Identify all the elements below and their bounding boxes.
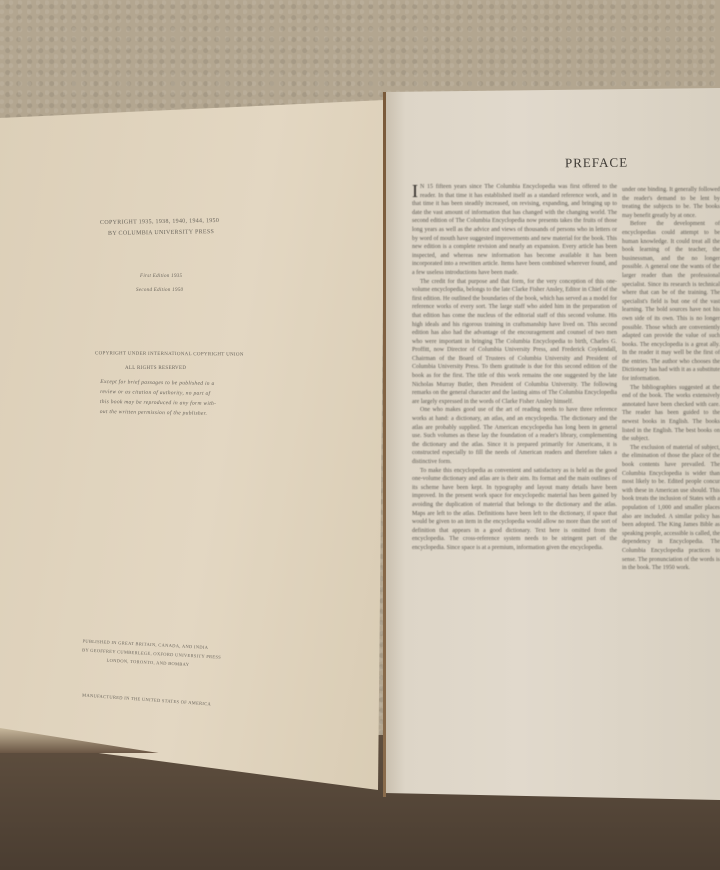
preface-paragraph: N 15 fifteen years since The Columbia En… xyxy=(412,183,617,278)
preface-column-2: under one binding. It generally followed… xyxy=(622,186,720,573)
second-edition: Second Edition 1950 xyxy=(136,288,183,293)
notice-line: out the written permission of the publis… xyxy=(100,407,217,419)
drop-cap: I xyxy=(412,183,418,199)
preface-paragraph: The bibliographies suggested at the end … xyxy=(622,384,720,444)
preface-paragraph: The exclusion of material of subject, th… xyxy=(622,444,720,573)
preface-title: PREFACE xyxy=(565,155,628,172)
preface-paragraph: One who makes good use of the art of rea… xyxy=(412,406,617,466)
preface-paragraph: Before the development of encyclopedias … xyxy=(622,220,720,383)
convention-line-2: ALL RIGHTS RESERVED xyxy=(125,366,186,371)
left-page-copyright xyxy=(0,100,385,800)
preface-paragraph: The credit for that purpose and that for… xyxy=(412,278,617,407)
preface-column-1: I N 15 fifteen years since The Columbia … xyxy=(412,183,617,553)
preface-paragraph: under one binding. It generally followed… xyxy=(622,186,720,220)
reproduction-notice: Except for brief passages to be publishe… xyxy=(100,377,217,419)
book-gutter xyxy=(383,92,386,797)
preface-paragraph: To make this encyclopedia as convenient … xyxy=(412,467,617,553)
first-edition: First Edition 1935 xyxy=(140,274,182,279)
